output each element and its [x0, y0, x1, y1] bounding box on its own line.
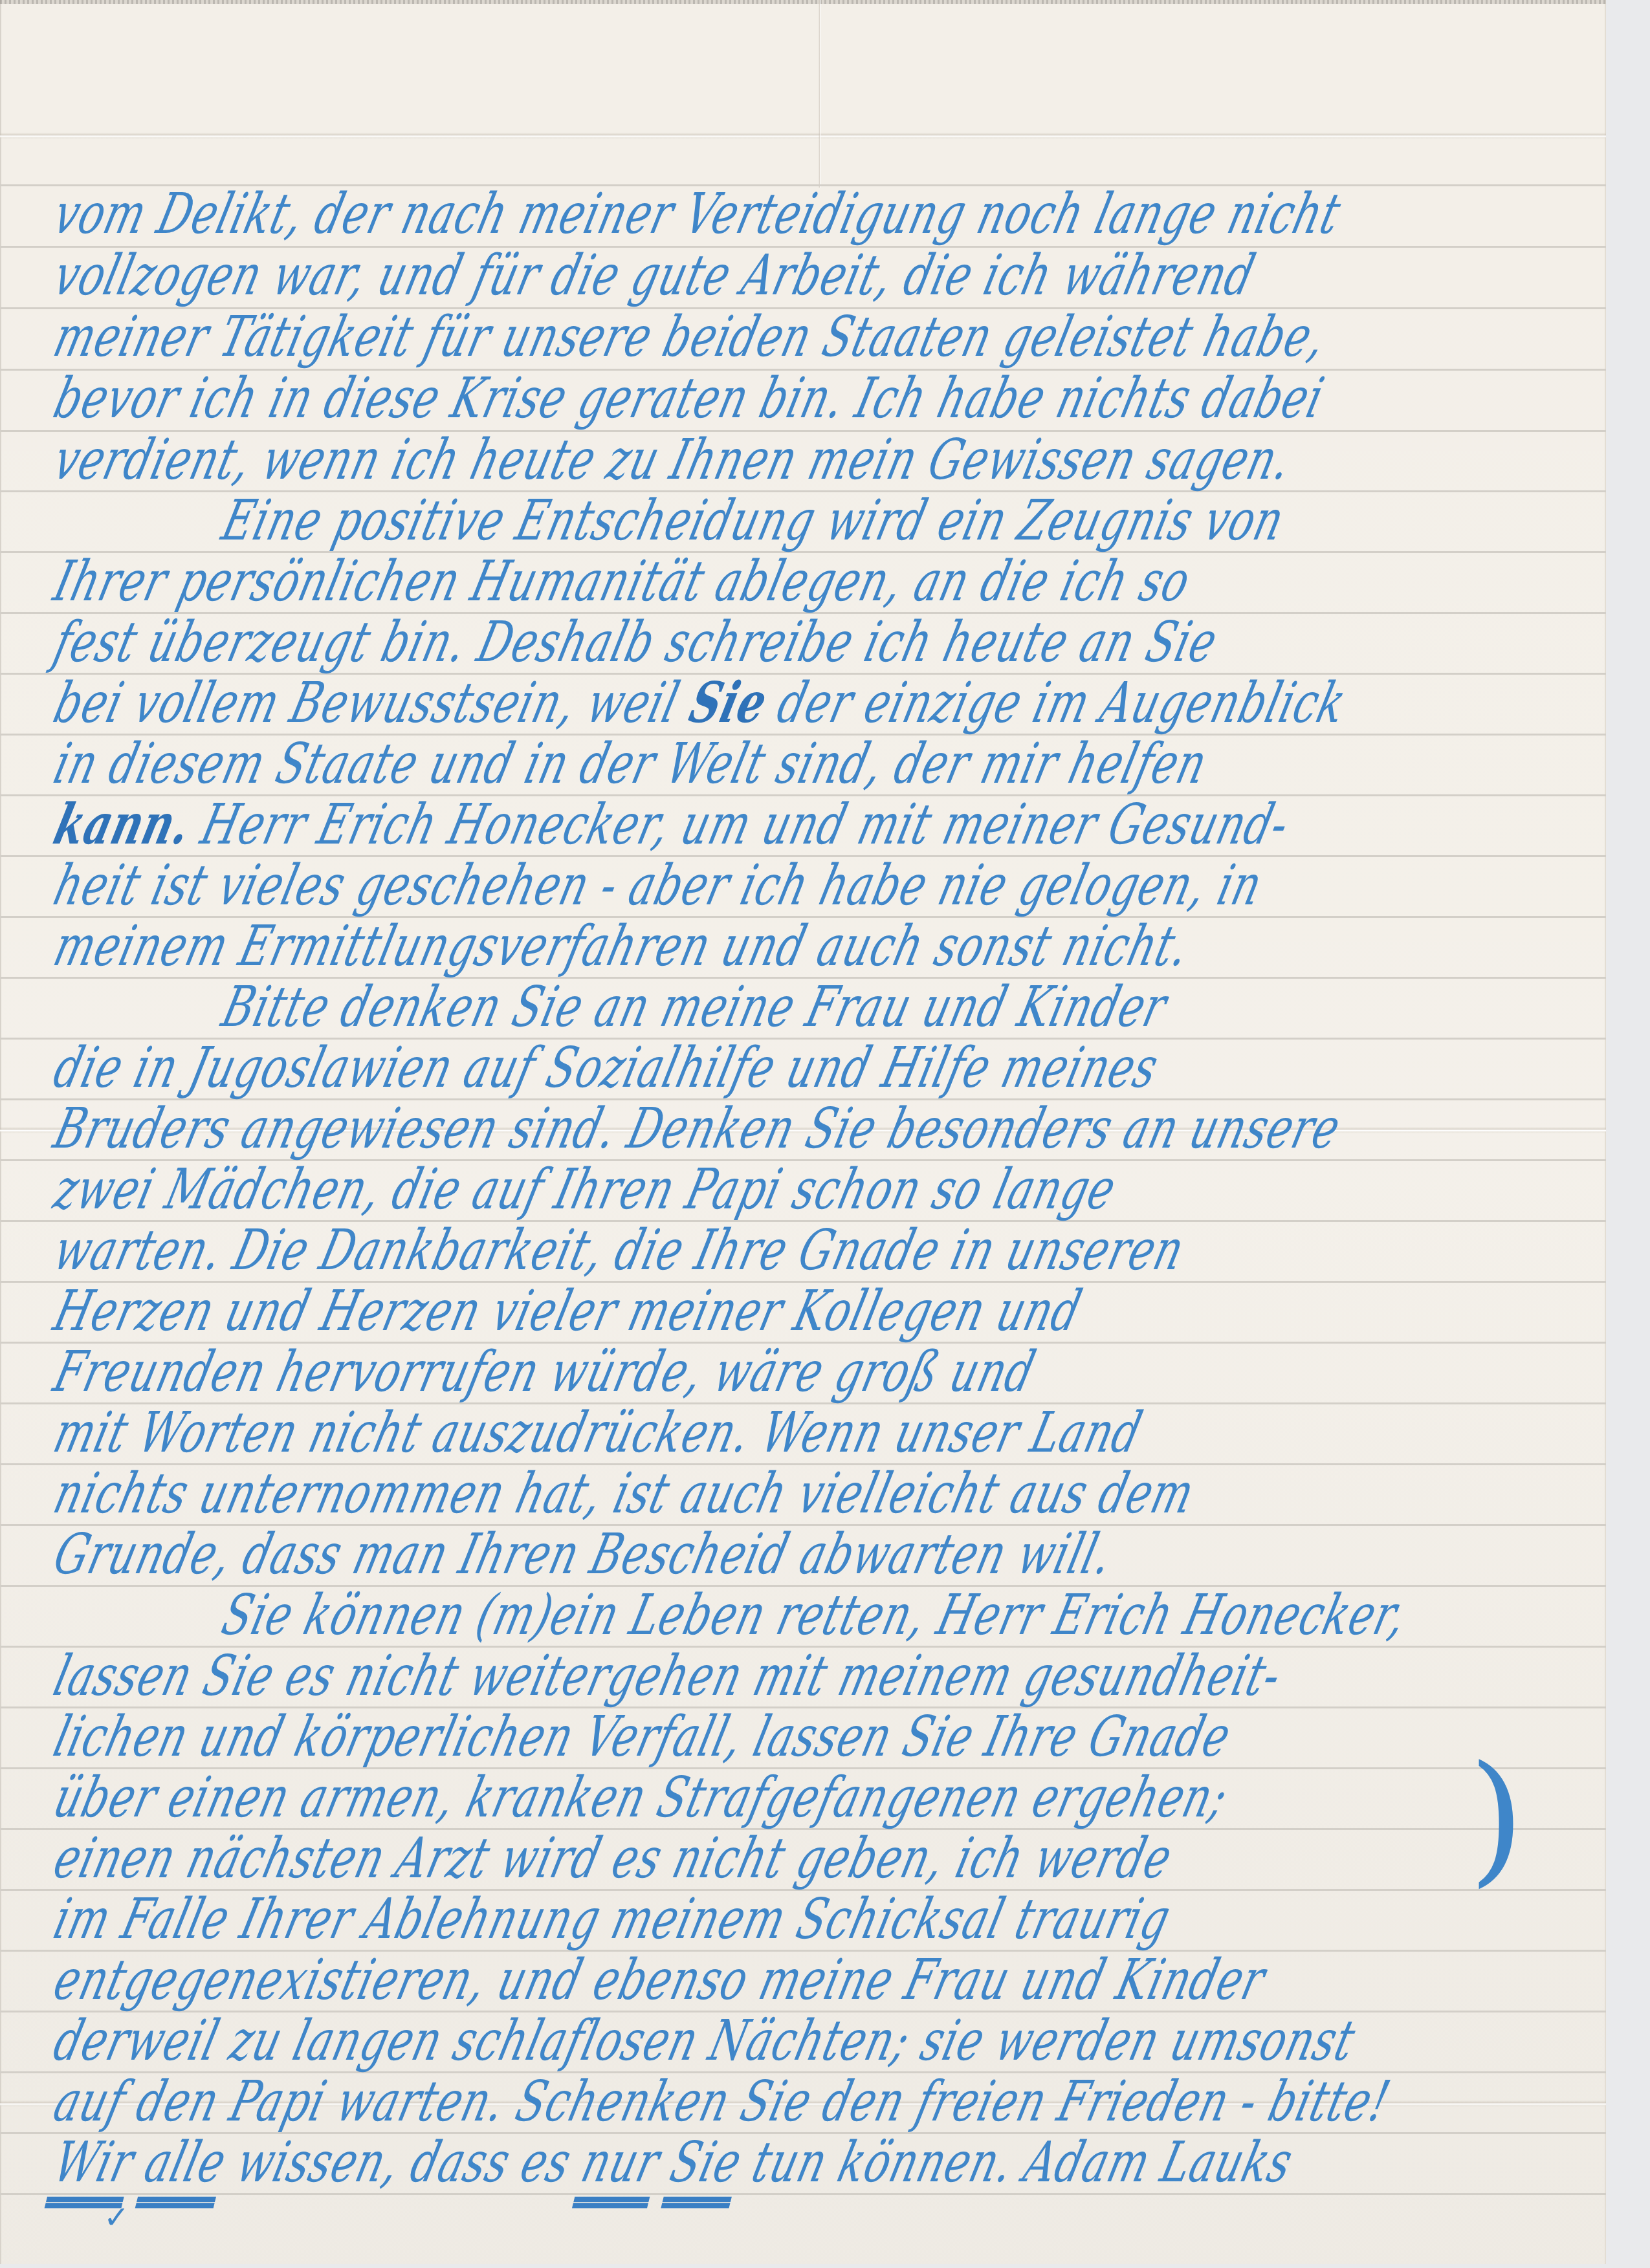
paper-top-edge	[0, 0, 1606, 4]
signature: Adam Lauks	[1018, 2130, 1299, 2195]
fold-crease-vertical	[819, 0, 821, 188]
checkmark-icon: ✓	[104, 2199, 129, 2236]
closing-text-end: tun können.	[746, 2130, 1020, 2195]
fold-crease-top	[0, 133, 1606, 139]
underlined-sie: Sie	[664, 2130, 748, 2195]
closing-text: wissen, dass es	[230, 2130, 578, 2195]
margin-bracket-mark: )	[1469, 1747, 1524, 1889]
underlined-nur: nur	[575, 2130, 666, 2195]
underlined-alle: alle	[138, 2130, 233, 2195]
underlined-wir: Wir	[48, 2130, 141, 2195]
letter-closing-line: Wir alle wissen, dass es nur Sie tun kön…	[45, 2121, 1301, 2205]
